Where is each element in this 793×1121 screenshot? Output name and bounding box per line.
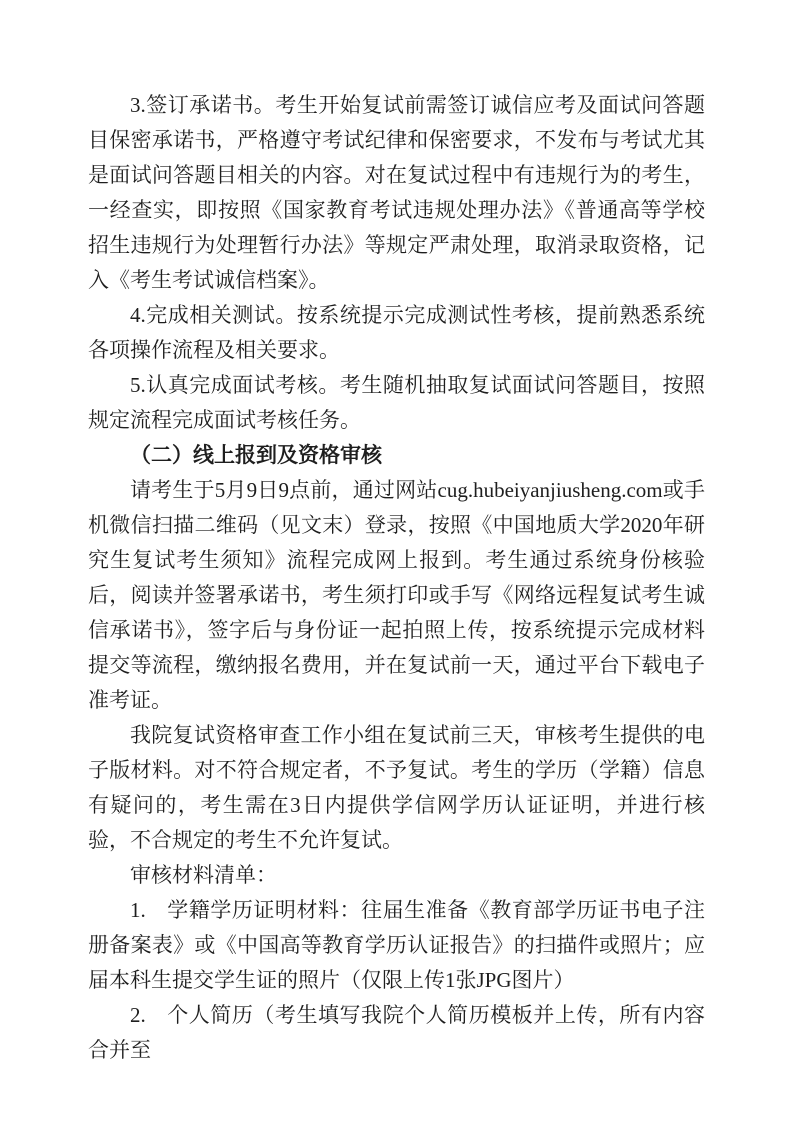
list-item-1-education-certificate-materials: 1. 学籍学历证明材料：往届生准备《教育部学历证书电子注册备案表》或《中国高等教…: [88, 893, 705, 998]
document-page: 3.签订承诺书。考生开始复试前需签订诚信应考及面试问答题目保密承诺书，严格遵守考…: [0, 0, 793, 1121]
paragraph-4-complete-tests: 4.完成相关测试。按系统提示完成测试性考核，提前熟悉系统各项操作流程及相关要求。: [88, 298, 705, 368]
document-text-block: 3.签订承诺书。考生开始复试前需签订诚信应考及面试问答题目保密承诺书，严格遵守考…: [88, 88, 705, 1068]
paragraph-qualification-review-process: 我院复试资格审查工作小组在复试前三天，审核考生提供的电子版材料。对不符合规定者，…: [88, 718, 705, 858]
section-heading-online-checkin-and-qualification-review: （二）线上报到及资格审核: [88, 438, 705, 473]
paragraph-3-sign-commitment-letter: 3.签订承诺书。考生开始复试前需签订诚信应考及面试问答题目保密承诺书，严格遵守考…: [88, 88, 705, 298]
paragraph-online-checkin-instructions: 请考生于5月9日9点前，通过网站cug.hubeiyanjiusheng.com…: [88, 473, 705, 718]
paragraph-5-complete-interview: 5.认真完成面试考核。考生随机抽取复试面试问答题目，按照规定流程完成面试考核任务…: [88, 368, 705, 438]
list-item-2-personal-resume: 2. 个人简历（考生填写我院个人简历模板并上传，所有内容合并至: [88, 998, 705, 1068]
label-review-materials-list: 审核材料清单：: [88, 858, 705, 893]
